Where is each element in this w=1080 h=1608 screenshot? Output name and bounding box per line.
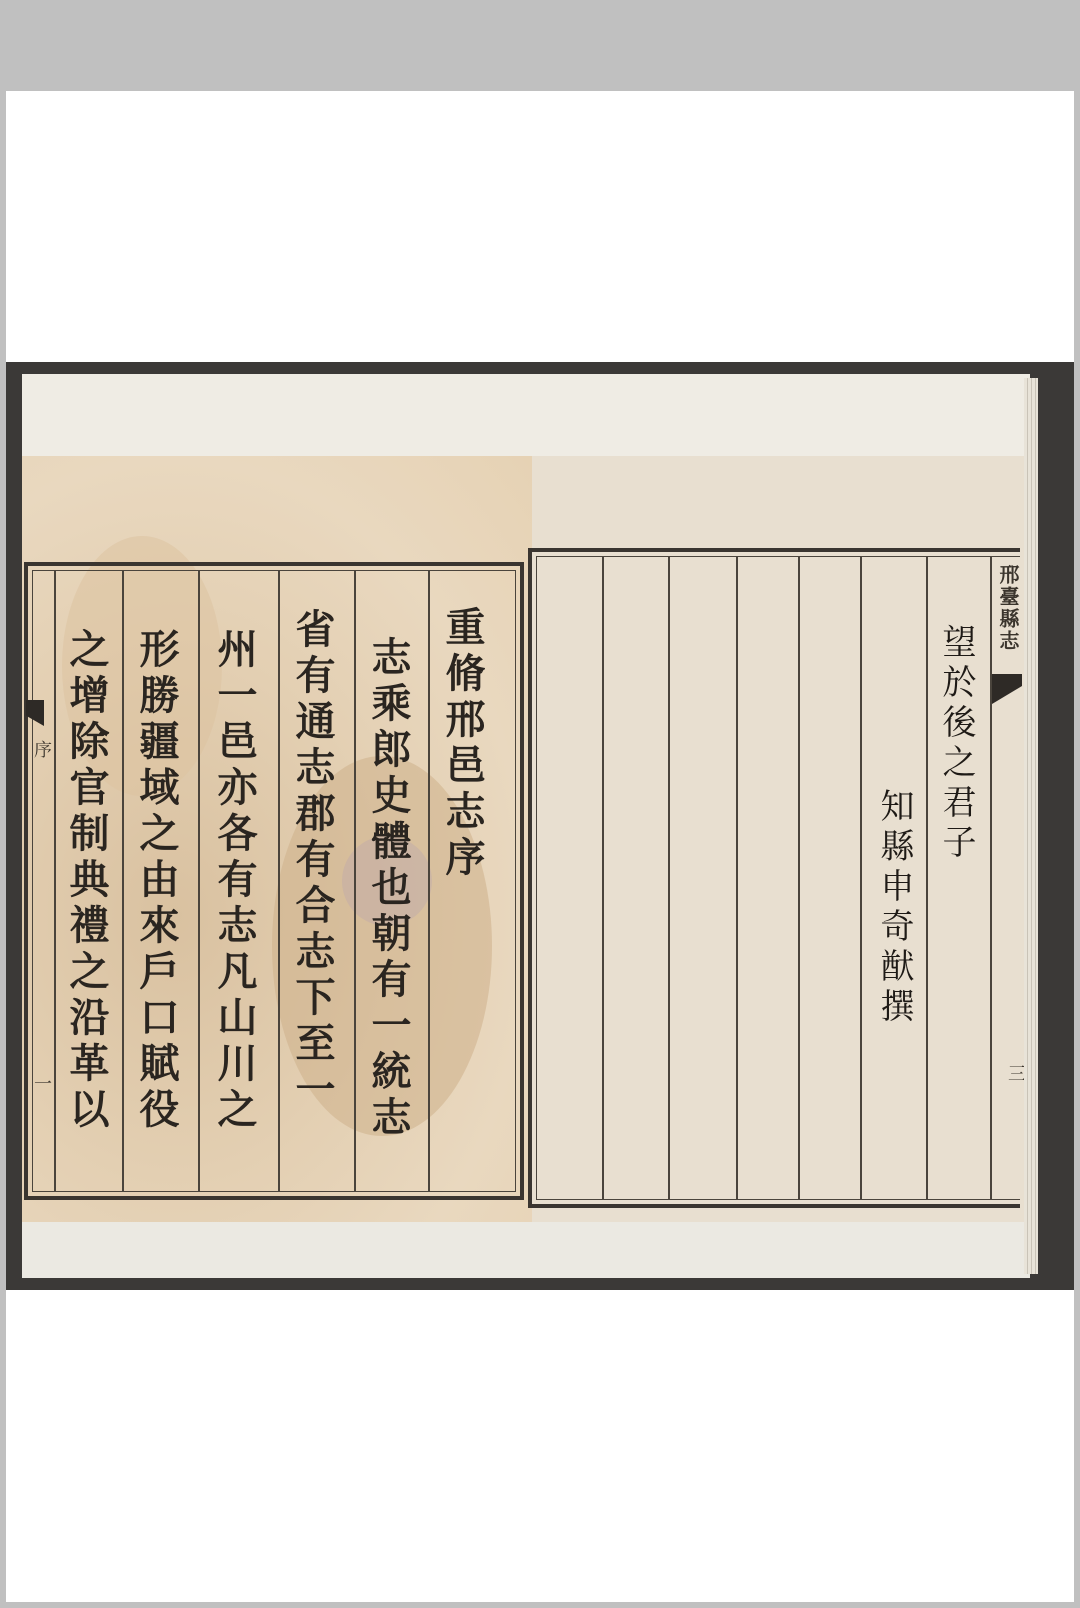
- right-page: 邢臺縣志 望於後之君子 知縣申奇猷撰 三: [532, 374, 1030, 1278]
- text-column: 州一邑亦各有志凡山川之: [212, 628, 256, 1188]
- text-column-title: 重脩邢邑志序: [440, 606, 484, 1166]
- viewer-toolbar: [0, 0, 1080, 91]
- right-page-top-margin: [532, 374, 1030, 456]
- book-scan-image[interactable]: 重脩邢邑志序 志乘郎史體也朝有一統志 省有通志郡有合志下至一 州一邑亦各有志凡山…: [6, 362, 1074, 1290]
- page-edges: [1024, 378, 1038, 1274]
- text-column: 省有通志郡有合志下至一: [290, 608, 334, 1168]
- text-column: 之增除官制典禮之沿革以: [64, 628, 108, 1188]
- left-page: 重脩邢邑志序 志乘郎史體也朝有一統志 省有通志郡有合志下至一 州一邑亦各有志凡山…: [22, 374, 532, 1278]
- right-page-bottom-margin: [532, 1222, 1030, 1278]
- text-column: 形勝疆域之由來戶口賦役: [134, 628, 178, 1188]
- viewer-bottom-border: [0, 1602, 1080, 1608]
- margin-label: 序: [28, 740, 54, 764]
- text-column: 志乘郎史體也朝有一統志: [366, 636, 410, 1196]
- handwritten-signature: 知縣申奇猷撰: [874, 788, 914, 1108]
- left-page-top-margin: [22, 374, 532, 456]
- handwritten-column: 望於後之君子: [936, 624, 976, 964]
- margin-book-title: 邢臺縣志: [994, 564, 1023, 652]
- left-page-bottom-margin: [22, 1222, 532, 1278]
- margin-page-mark: 一: [28, 1074, 54, 1098]
